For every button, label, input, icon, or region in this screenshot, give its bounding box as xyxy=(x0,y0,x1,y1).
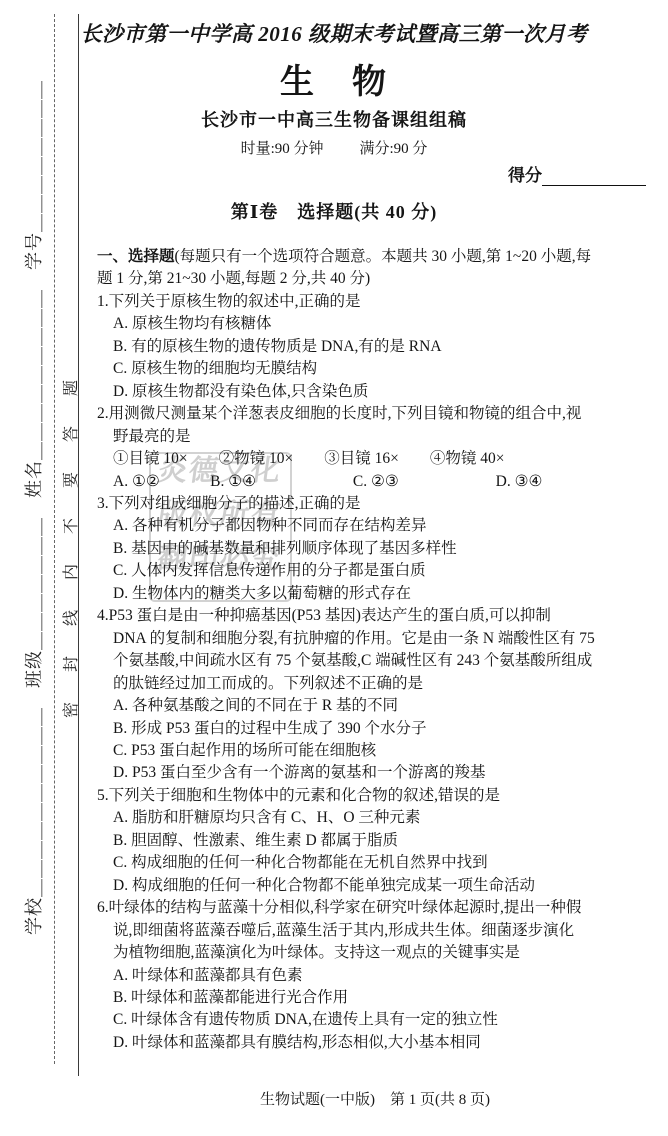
body-lines: 一、选择题(每题只有一个选项符合题意。本题共 30 小题,第 1~20 小题,每… xyxy=(97,246,657,1054)
question-5-line: 5.下列关于细胞和生物体中的元素和化合物的叙述,错误的是 xyxy=(97,785,657,807)
question-4-line: 的肽链经过加工而成的。下列叙述不正确的是 xyxy=(97,673,657,695)
question-1-line: B. 有的原核生物的遗传物质是 DNA,有的是 RNA xyxy=(97,336,657,358)
byline: 长沙市一中高三生物备课组组稿 xyxy=(0,106,668,132)
question-5-line: A. 脂肪和肝糖原均只含有 C、H、O 三种元素 xyxy=(97,807,657,829)
question-6-line: A. 叶绿体和蓝藻都具有色素 xyxy=(97,965,657,987)
question-4-line: 个氨基酸,中间疏水区有 75 个氨基酸,C 端碱性区有 243 个氨基酸所组成 xyxy=(97,650,657,672)
question-6-line: 6.叶绿体的结构与蓝藻十分相似,科学家在研究叶绿体起源时,提出一种假 xyxy=(97,897,657,919)
question-4-line: DNA 的复制和细胞分裂,有抗肿瘤的作用。它是由一条 N 端酸性区有 75 xyxy=(97,628,657,650)
margin-border-line xyxy=(78,14,79,1076)
question-3-line: D. 生物体内的糖类大多以葡萄糖的形式存在 xyxy=(97,583,657,605)
question-2-line: ①目镜 10× ②物镜 10× ③目镜 16× ④物镜 40× xyxy=(97,448,657,470)
question-3-line: C. 人体内发挥信息传递作用的分子都是蛋白质 xyxy=(97,560,657,582)
page-footer: 生物试题(一中版) 第 1 页(共 8 页) xyxy=(97,1088,653,1109)
section-1-title: 第Ⅰ卷 选择题(共 40 分) xyxy=(0,198,668,224)
subject-title: 生 物 xyxy=(0,54,668,103)
question-5-line: B. 胆固醇、性激素、维生素 D 都属于脂质 xyxy=(97,830,657,852)
seal-dotted-line xyxy=(54,14,55,1064)
question-4-line: D. P53 蛋白至少含有一个游离的氨基和一个游离的羧基 xyxy=(97,762,657,784)
question-3-line: 3.下列对组成细胞分子的描述,正确的是 xyxy=(97,493,657,515)
question-2-line: A. ①② B. ①④ C. ②③ D. ③④ xyxy=(97,471,657,493)
question-4-line: 4.P53 蛋白是由一种抑癌基因(P53 基因)表达产生的蛋白质,可以抑制 xyxy=(97,605,657,627)
score-field: 得分 xyxy=(508,161,646,186)
question-6-line: 为植物细胞,蓝藻演化为叶绿体。支持这一观点的关键事实是 xyxy=(97,942,657,964)
mcq-section-heading: 一、选择题 xyxy=(97,248,175,265)
question-1-line: A. 原核生物均有核糖体 xyxy=(97,313,657,335)
question-3-line: A. 各种有机分子都因物种不同而存在结构差异 xyxy=(97,515,657,537)
question-6-line: 说,即细菌将蓝藻吞噬后,蓝藻生活于其内,形成共生体。细菌逐步演化 xyxy=(97,920,657,942)
question-1-line: 1.下列关于原核生物的叙述中,正确的是 xyxy=(97,291,657,313)
question-4-line: A. 各种氨基酸之间的不同在于 R 基的不同 xyxy=(97,695,657,717)
duration-label: 时量:90 分钟 xyxy=(241,141,324,157)
question-6-line: B. 叶绿体和蓝藻都能进行光合作用 xyxy=(97,987,657,1009)
question-5-line: D. 构成细胞的任何一种化合物都不能单独完成某一项生命活动 xyxy=(97,875,657,897)
section-intro-line: 题 1 分,第 21~30 小题,每题 2 分,共 40 分) xyxy=(97,268,657,290)
question-2-line: 2.用测微尺测量某个洋葱表皮细胞的长度时,下列目镜和物镜的组合中,视 xyxy=(97,403,657,425)
score-blank-line xyxy=(542,164,646,186)
exam-title: 长沙市第一中学高 2016 级期末考试暨高三第一次月考 xyxy=(0,18,668,48)
question-2-line: 野最亮的是 xyxy=(97,426,657,448)
section-intro-line: 一、选择题(每题只有一个选项符合题意。本题共 30 小题,第 1~20 小题,每 xyxy=(97,246,657,268)
question-4-line: B. 形成 P53 蛋白的过程中生成了 390 个水分子 xyxy=(97,718,657,740)
question-6-line: C. 叶绿体含有遗传物质 DNA,在遗传上具有一定的独立性 xyxy=(97,1009,657,1031)
question-1-line: D. 原核生物都没有染色体,只含染色质 xyxy=(97,381,657,403)
question-4-line: C. P53 蛋白起作用的场所可能在细胞核 xyxy=(97,740,657,762)
question-1-line: C. 原核生物的细胞均无膜结构 xyxy=(97,358,657,380)
question-5-line: C. 构成细胞的任何一种化合物都能在无机自然界中找到 xyxy=(97,852,657,874)
score-field-label: 得分 xyxy=(508,166,542,185)
question-3-line: B. 基因中的碱基数量和排列顺序体现了基因多样性 xyxy=(97,538,657,560)
question-6-line: D. 叶绿体和蓝藻都具有膜结构,形态相似,大小基本相同 xyxy=(97,1032,657,1054)
exam-meta-row: 时量:90 分钟满分:90 分 xyxy=(0,137,668,158)
fullscore-label: 满分:90 分 xyxy=(360,141,428,157)
